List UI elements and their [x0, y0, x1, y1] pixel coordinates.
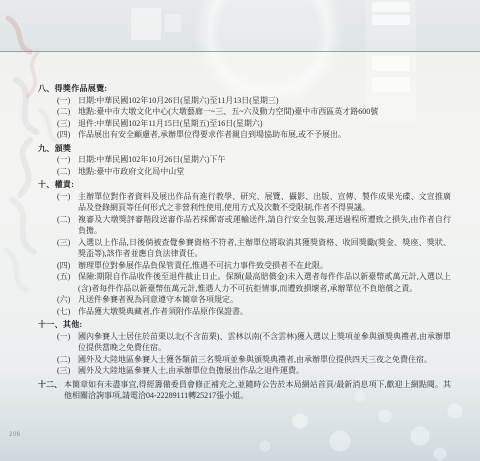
list-item: (四) 作品展出有安全顧慮者,承辦單位得要求作者親自到場協助布展,或不予展出。: [57, 129, 451, 141]
item-marker: (一): [57, 191, 78, 214]
document-page: 八、得獎作品展覽: (一) 日期:中華民國102年10月26日(星期六)至11月…: [0, 0, 480, 461]
item-marker: (一): [57, 95, 78, 107]
list-item: (一) 日期:中華民國102年10月26日(星期六)下午: [57, 154, 451, 166]
item-marker: (三): [57, 237, 78, 260]
list-item: (一) 國內參賽人士居住於苗栗以北(不含苗栗)、雲林以南(不含雲林)獲入選以上獎…: [57, 331, 451, 354]
closing-paragraph: 十二、 本簡章如有未盡事宜,得經籌備委員會修正補充之,並隨時公告於本局網站首頁/…: [38, 379, 451, 402]
item-text: 國外及大陸地區參賽人士獲各類前三名獎項並參與頒獎典禮者,由承辦單位提供四天三夜之…: [78, 354, 451, 366]
section-award-ceremony: 九、頒獎 (一) 日期:中華民國102年10月26日(星期六)下午 (二) 地點…: [57, 143, 451, 178]
item-text: 入選以上作品,日後倘被查覺參賽資格不符者,主辦單位將取消其獲獎資格、收回獎勵(獎…: [78, 237, 451, 260]
list-item: (二) 複審及大墩獎評審階段送審作品若採郵寄或運輸送件,請自行安全包裝,運送過程…: [57, 214, 451, 237]
item-marker: (一): [57, 154, 78, 166]
item-marker: (七): [57, 306, 78, 318]
item-marker: (三): [57, 365, 78, 377]
list-item: (七) 作品獲大墩獎典藏者,作者須附作品原作保證書。: [57, 306, 451, 318]
item-marker: (一): [57, 331, 78, 354]
list-item: (二) 國外及大陸地區參賽人士獲各類前三名獎項並參與頒獎典禮者,由承辦單位提供四…: [57, 354, 451, 366]
list-item: (四) 辦理單位對參展作品負保管責任,惟遇不可抗力事件致受損者不在此限。: [57, 260, 451, 272]
item-marker: (二): [57, 106, 78, 118]
item-marker: (二): [57, 166, 78, 178]
item-marker: (二): [57, 354, 78, 366]
item-text: 日期:中華民國102年10月26日(星期六)至11月13日(星期三): [78, 95, 451, 107]
item-text: 本簡章如有未盡事宜,得經籌備委員會修正補充之,並隨時公告於本局網站首頁/最新消息…: [64, 379, 451, 402]
item-text: 地點:臺中市大墩文化中心(大墩藝廊一~三、五~六及動力空間)臺中市西區英才路60…: [78, 106, 451, 118]
item-text: 日期:中華民國102年10月26日(星期六)下午: [78, 154, 451, 166]
section-heading: 九、頒獎: [38, 143, 451, 155]
section-heading: 八、得獎作品展覽:: [38, 83, 451, 95]
item-text: 保險:期限自作品收件後至退件截止日止。保額(最高賠償金)未入選者每件作品以新臺幣…: [78, 271, 451, 294]
section-others: 十一、其他: (一) 國內參賽人士居住於苗栗以北(不含苗栗)、雲林以南(不含雲林…: [57, 319, 451, 377]
list-item: (六) 凡送件參賽者視為同意遵守本簡章各項規定。: [57, 294, 451, 306]
filmstrip-frame: [372, 56, 410, 71]
item-text: 國外及大陸地區參賽人士,由承辦單位負擔展出作品之退件運費。: [78, 365, 451, 377]
item-marker: (五): [57, 271, 78, 294]
item-text: 退件:中華民國102年11月15日(星期五)至16日(星期六): [78, 118, 451, 130]
item-text: 凡送件參賽者視為同意遵守本簡章各項規定。: [78, 294, 451, 306]
filmstrip-frame: [372, 2, 410, 12]
item-marker: (四): [57, 260, 78, 272]
section-exhibition: 八、得獎作品展覽: (一) 日期:中華民國102年10月26日(星期六)至11月…: [57, 83, 451, 141]
item-text: 國內參賽人士居住於苗栗以北(不含苗栗)、雲林以南(不含雲林)獲入選以上獎項並參與…: [78, 331, 451, 354]
list-item: (一) 主辦單位對作者資料及展出作品有進行教學、研究、展覽、攝影、出版、宣傳、製…: [57, 191, 451, 214]
list-item: (三) 入選以上作品,日後倘被查覺參賽資格不符者,主辦單位將取消其獲獎資格、收回…: [57, 237, 451, 260]
page-number: 206: [9, 432, 21, 438]
item-text: 作品獲大墩獎典藏者,作者須附作品原作保證書。: [78, 306, 451, 318]
list-item: (三) 國外及大陸地區參賽人士,由承辦單位負擔展出作品之退件運費。: [57, 365, 451, 377]
item-marker: (六): [57, 294, 78, 306]
document-body: 八、得獎作品展覽: (一) 日期:中華民國102年10月26日(星期六)至11月…: [57, 83, 451, 404]
item-text: 作品展出有安全顧慮者,承辦單位得要求作者親自到場協助布展,或不予展出。: [78, 129, 451, 141]
section-closing: 十二、 本簡章如有未盡事宜,得經籌備委員會修正補充之,並隨時公告於本局網站首頁/…: [57, 379, 451, 402]
item-text: 主辦單位對作者資料及展出作品有進行教學、研究、展覽、攝影、出版、宣傳、製作成果光…: [78, 191, 451, 214]
item-marker: (四): [57, 129, 78, 141]
item-text: 辦理單位對參展作品負保管責任,惟遇不可抗力事件致受損者不在此限。: [78, 260, 451, 272]
item-text: 地點:臺中市政府文化局中山堂: [78, 166, 451, 178]
section-heading: 十一、其他:: [38, 319, 451, 331]
list-item: (五) 保險:期限自作品收件後至退件截止日止。保額(最高賠償金)未入選者每件作品…: [57, 271, 451, 294]
section-heading: 十、權責:: [38, 179, 451, 191]
list-item: (二) 地點:臺中市大墩文化中心(大墩藝廊一~三、五~六及動力空間)臺中市西區英…: [57, 106, 451, 118]
item-marker: 十二、: [38, 379, 64, 402]
list-item: (二) 地點:臺中市政府文化局中山堂: [57, 166, 451, 178]
list-item: (三) 退件:中華民國102年11月15日(星期五)至16日(星期六): [57, 118, 451, 130]
section-rights-obligations: 十、權責: (一) 主辦單位對作者資料及展出作品有進行教學、研究、展覽、攝影、出…: [57, 179, 451, 317]
square-watermark: [165, 14, 181, 32]
item-text: 複審及大墩獎評審階段送審作品若採郵寄或運輸送件,請自行安全包裝,運送過程所遭致之…: [78, 214, 451, 237]
item-marker: (二): [57, 214, 78, 237]
square-watermark: [131, 8, 161, 40]
filmstrip-frame: [372, 15, 410, 25]
item-marker: (三): [57, 118, 78, 130]
list-item: (一) 日期:中華民國102年10月26日(星期六)至11月13日(星期三): [57, 95, 451, 107]
